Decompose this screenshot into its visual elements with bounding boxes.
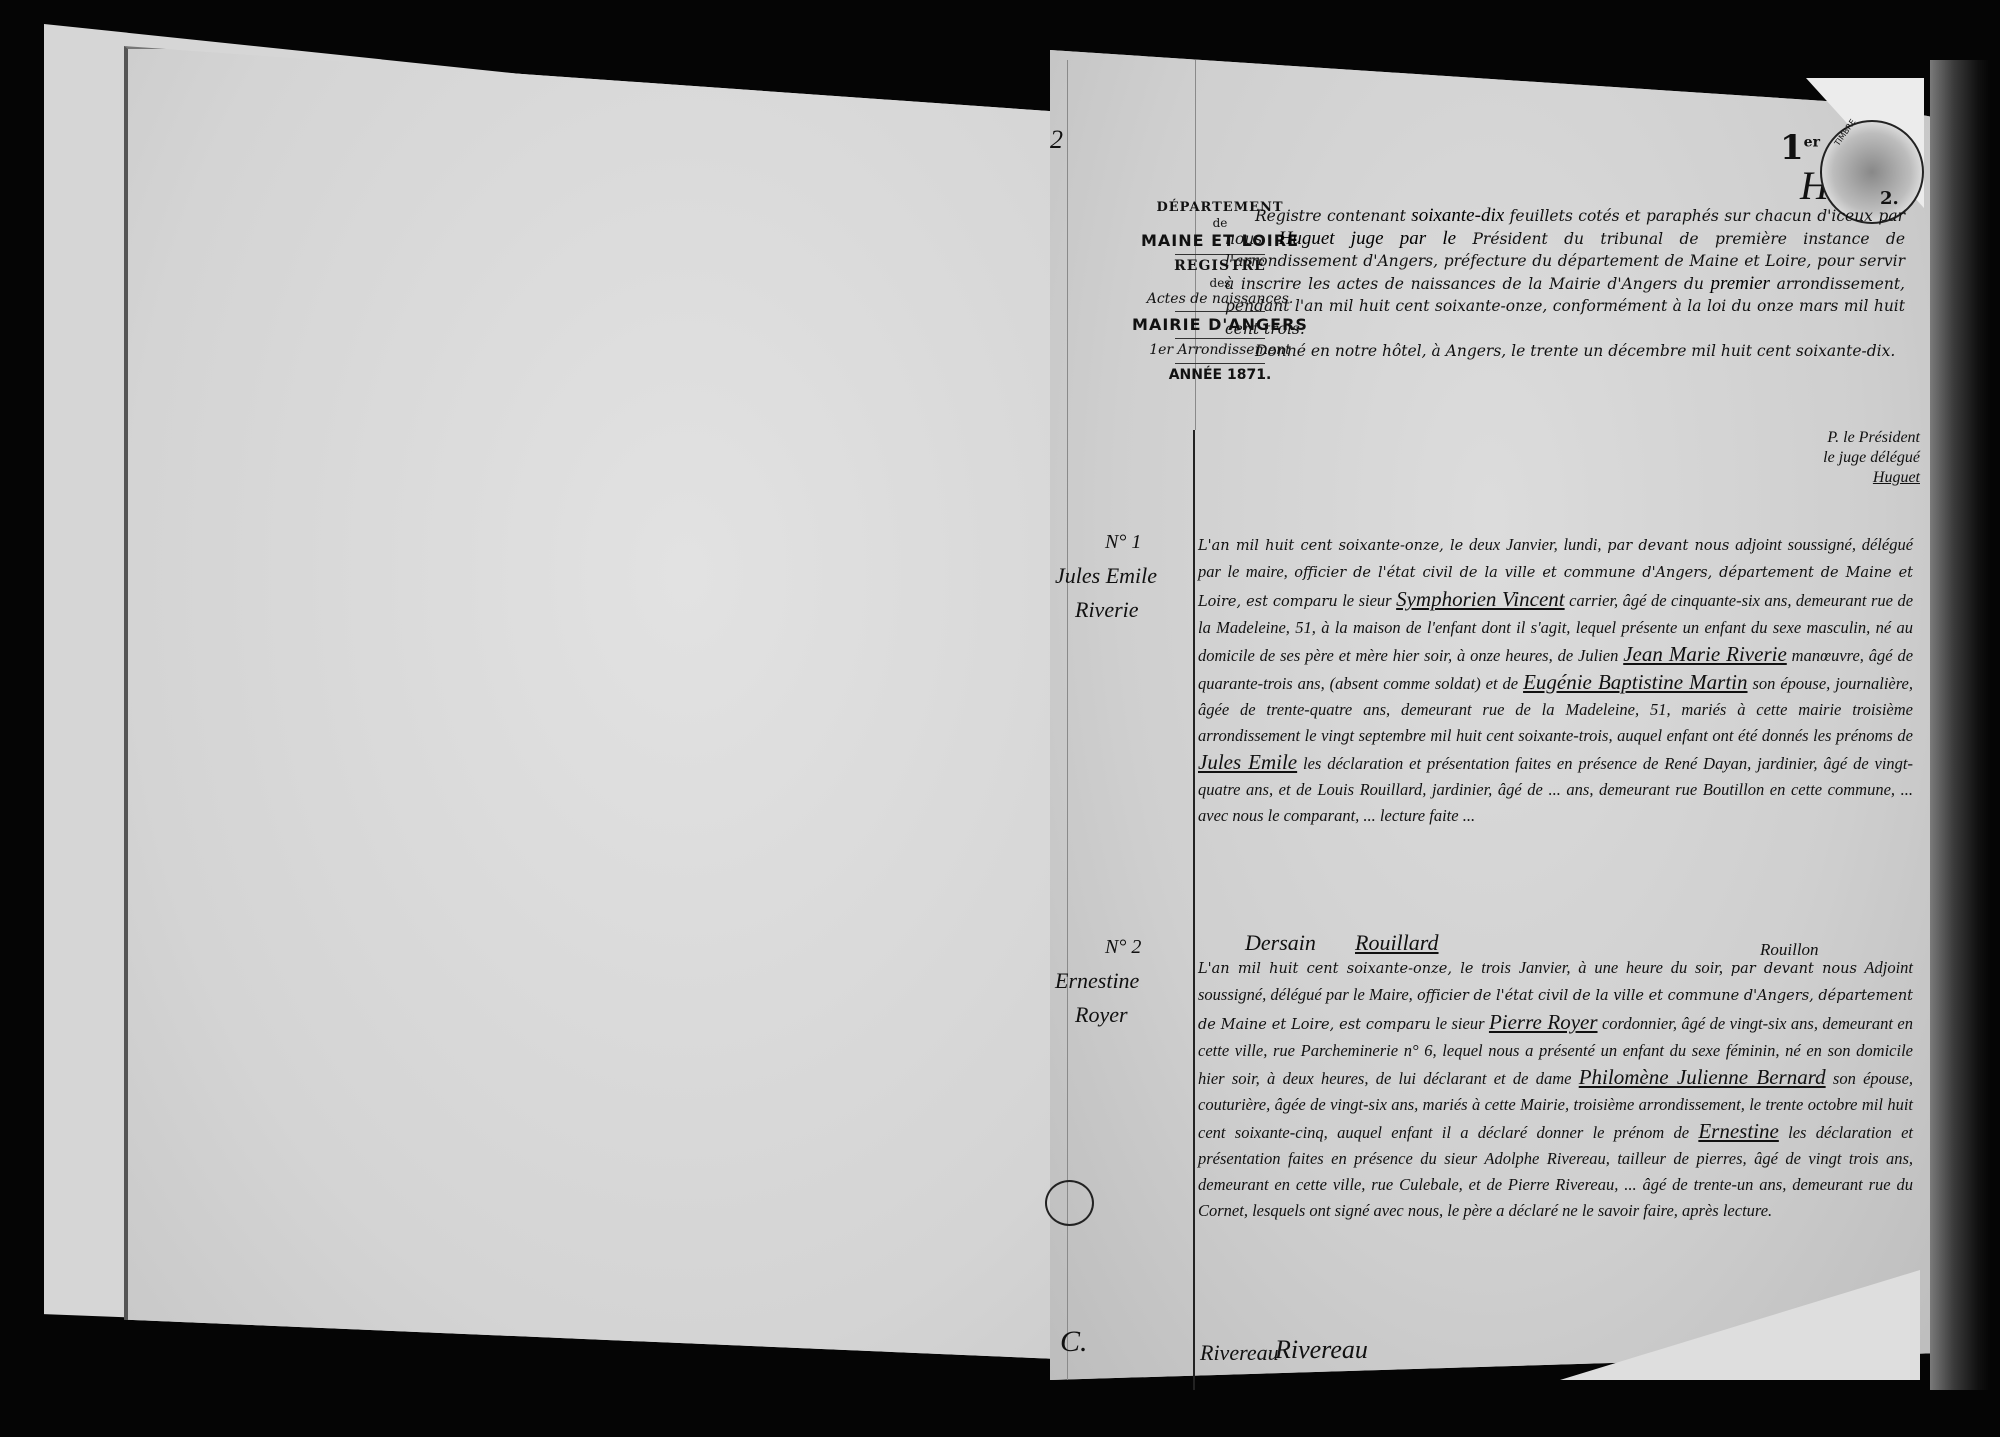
printed-form-text: L'an mil huit cent soixante-onze, le xyxy=(1198,961,1473,977)
handwritten-judge: Huguet juge par le xyxy=(1279,228,1456,249)
handwritten-leaf-count: soixante-dix xyxy=(1411,205,1504,226)
act-number: N° 2 xyxy=(1055,930,1195,964)
act-1-margin: N° 1 Jules Emile Riverie xyxy=(1055,525,1195,627)
act-1-signature: Rouillard xyxy=(1355,930,1439,956)
margin-loop-mark xyxy=(1045,1180,1094,1226)
child-name: Jules Emile xyxy=(1198,750,1297,774)
signature-line: le juge délégué xyxy=(1720,448,1920,468)
act-number: N° 1 xyxy=(1055,525,1195,559)
book-edge xyxy=(1930,60,1990,1390)
child-given-names: Jules Emile xyxy=(1055,559,1195,593)
act-2-signature: Rivereau xyxy=(1200,1340,1279,1366)
child-surname: Riverie xyxy=(1055,593,1195,627)
act-1-signature: Dersain xyxy=(1245,930,1316,956)
child-given-names: Ernestine xyxy=(1055,964,1195,998)
register-preamble: Registre contenant soixante-dix feuillet… xyxy=(1225,205,1905,363)
declarant-name: Symphorien Vincent xyxy=(1396,587,1565,611)
margin-c-mark: C. xyxy=(1060,1325,1088,1359)
left-page-blank xyxy=(124,46,1058,1359)
handwritten-date: trois Janvier, à une heure du soir, xyxy=(1481,958,1723,977)
act-2-margin: N° 2 Ernestine Royer xyxy=(1055,930,1195,1032)
margin-mark: 2 xyxy=(1050,125,1063,155)
preamble-text: Registre contenant xyxy=(1255,207,1411,225)
handwritten-text: le sieur xyxy=(1342,591,1391,610)
child-surname: Royer xyxy=(1055,998,1195,1032)
header-year: ANNÉE 1871. xyxy=(1085,367,1355,385)
handwritten-text: le sieur xyxy=(1435,1014,1484,1033)
birth-act-1: L'an mil huit cent soixante-onze, le deu… xyxy=(1198,532,1913,829)
printed-form-text: par devant nous xyxy=(1731,961,1857,977)
act-2-signature: Rivereau xyxy=(1275,1335,1368,1365)
father-name: Jean Marie Riverie xyxy=(1623,642,1787,666)
handwritten-date: deux Janvier, lundi, xyxy=(1469,535,1602,554)
declarant-name: Pierre Royer xyxy=(1489,1010,1598,1034)
mother-name: Eugénie Baptistine Martin xyxy=(1523,670,1747,694)
preamble-given: Donné en notre hôtel, à Angers, le trent… xyxy=(1225,340,1905,363)
president-signature: P. le Président le juge délégué Huguet xyxy=(1720,428,1920,488)
child-name: Ernestine xyxy=(1698,1119,1778,1143)
signature-line: P. le Président xyxy=(1720,428,1920,448)
printed-form-text: par devant nous xyxy=(1607,538,1729,554)
mother-name: Philomène Julienne Bernard xyxy=(1579,1065,1826,1089)
printed-form-text: L'an mil huit cent soixante-onze, le xyxy=(1198,538,1463,554)
handwritten-arrondissement: premier xyxy=(1711,273,1770,294)
divider xyxy=(1175,363,1265,364)
birth-act-2: L'an mil huit cent soixante-onze, le tro… xyxy=(1198,955,1913,1224)
handwritten-text: les déclaration et présentation faites e… xyxy=(1198,754,1913,825)
signature-name: Huguet xyxy=(1720,468,1920,488)
